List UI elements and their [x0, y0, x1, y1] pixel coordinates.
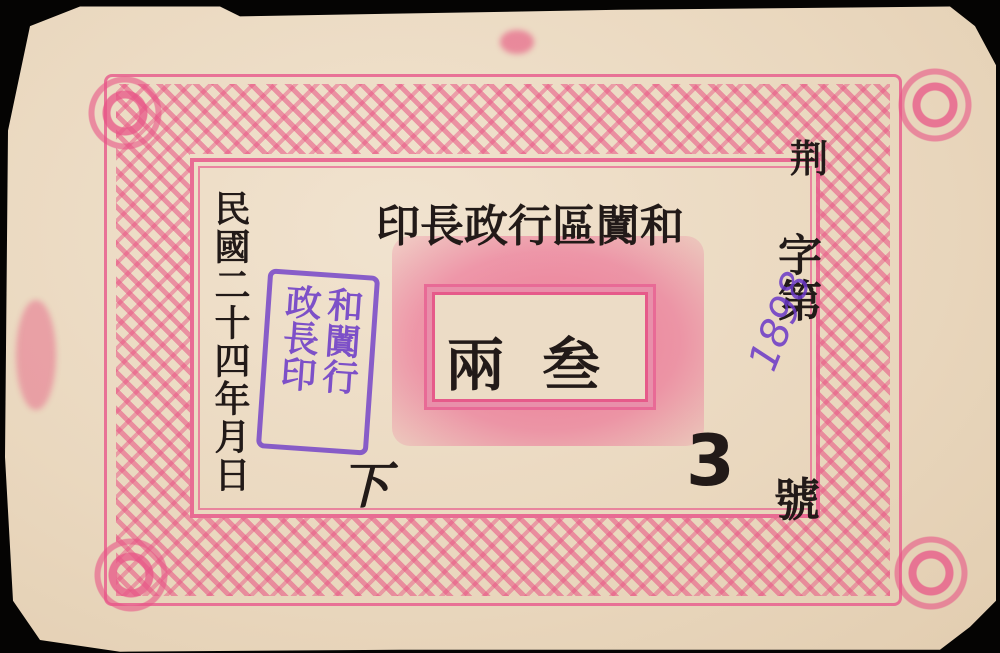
issuer-title: 和闐區行政長印 [376, 190, 684, 254]
handwritten-mark-right: 3 [686, 420, 735, 502]
official-seal-stamp: 和闐行 政長印 [256, 268, 380, 455]
handwritten-mark-left: 下 [340, 446, 390, 518]
ink-stain [500, 30, 534, 54]
serial-label-hao: 號 [774, 464, 820, 530]
denomination-text: 叁兩 [446, 318, 638, 402]
date-line: 民國二十四年月日 [212, 190, 248, 494]
corner-rosette-icon [876, 518, 986, 628]
banknote-paper: 和闐區行政長印 叁兩 民國二十四年月日 荆 字第 號 1898 下 3 和闐行 … [0, 0, 1000, 653]
corner-rosette-icon [76, 520, 186, 630]
scan-background: 和闐區行政長印 叁兩 民國二十四年月日 荆 字第 號 1898 下 3 和闐行 … [0, 0, 1000, 653]
ink-stain [16, 300, 56, 410]
serial-prefix-char: 荆 [790, 128, 828, 183]
seal-text-column: 政長印 [273, 282, 324, 393]
corner-rosette-icon [70, 58, 180, 168]
corner-rosette-icon [880, 50, 990, 160]
